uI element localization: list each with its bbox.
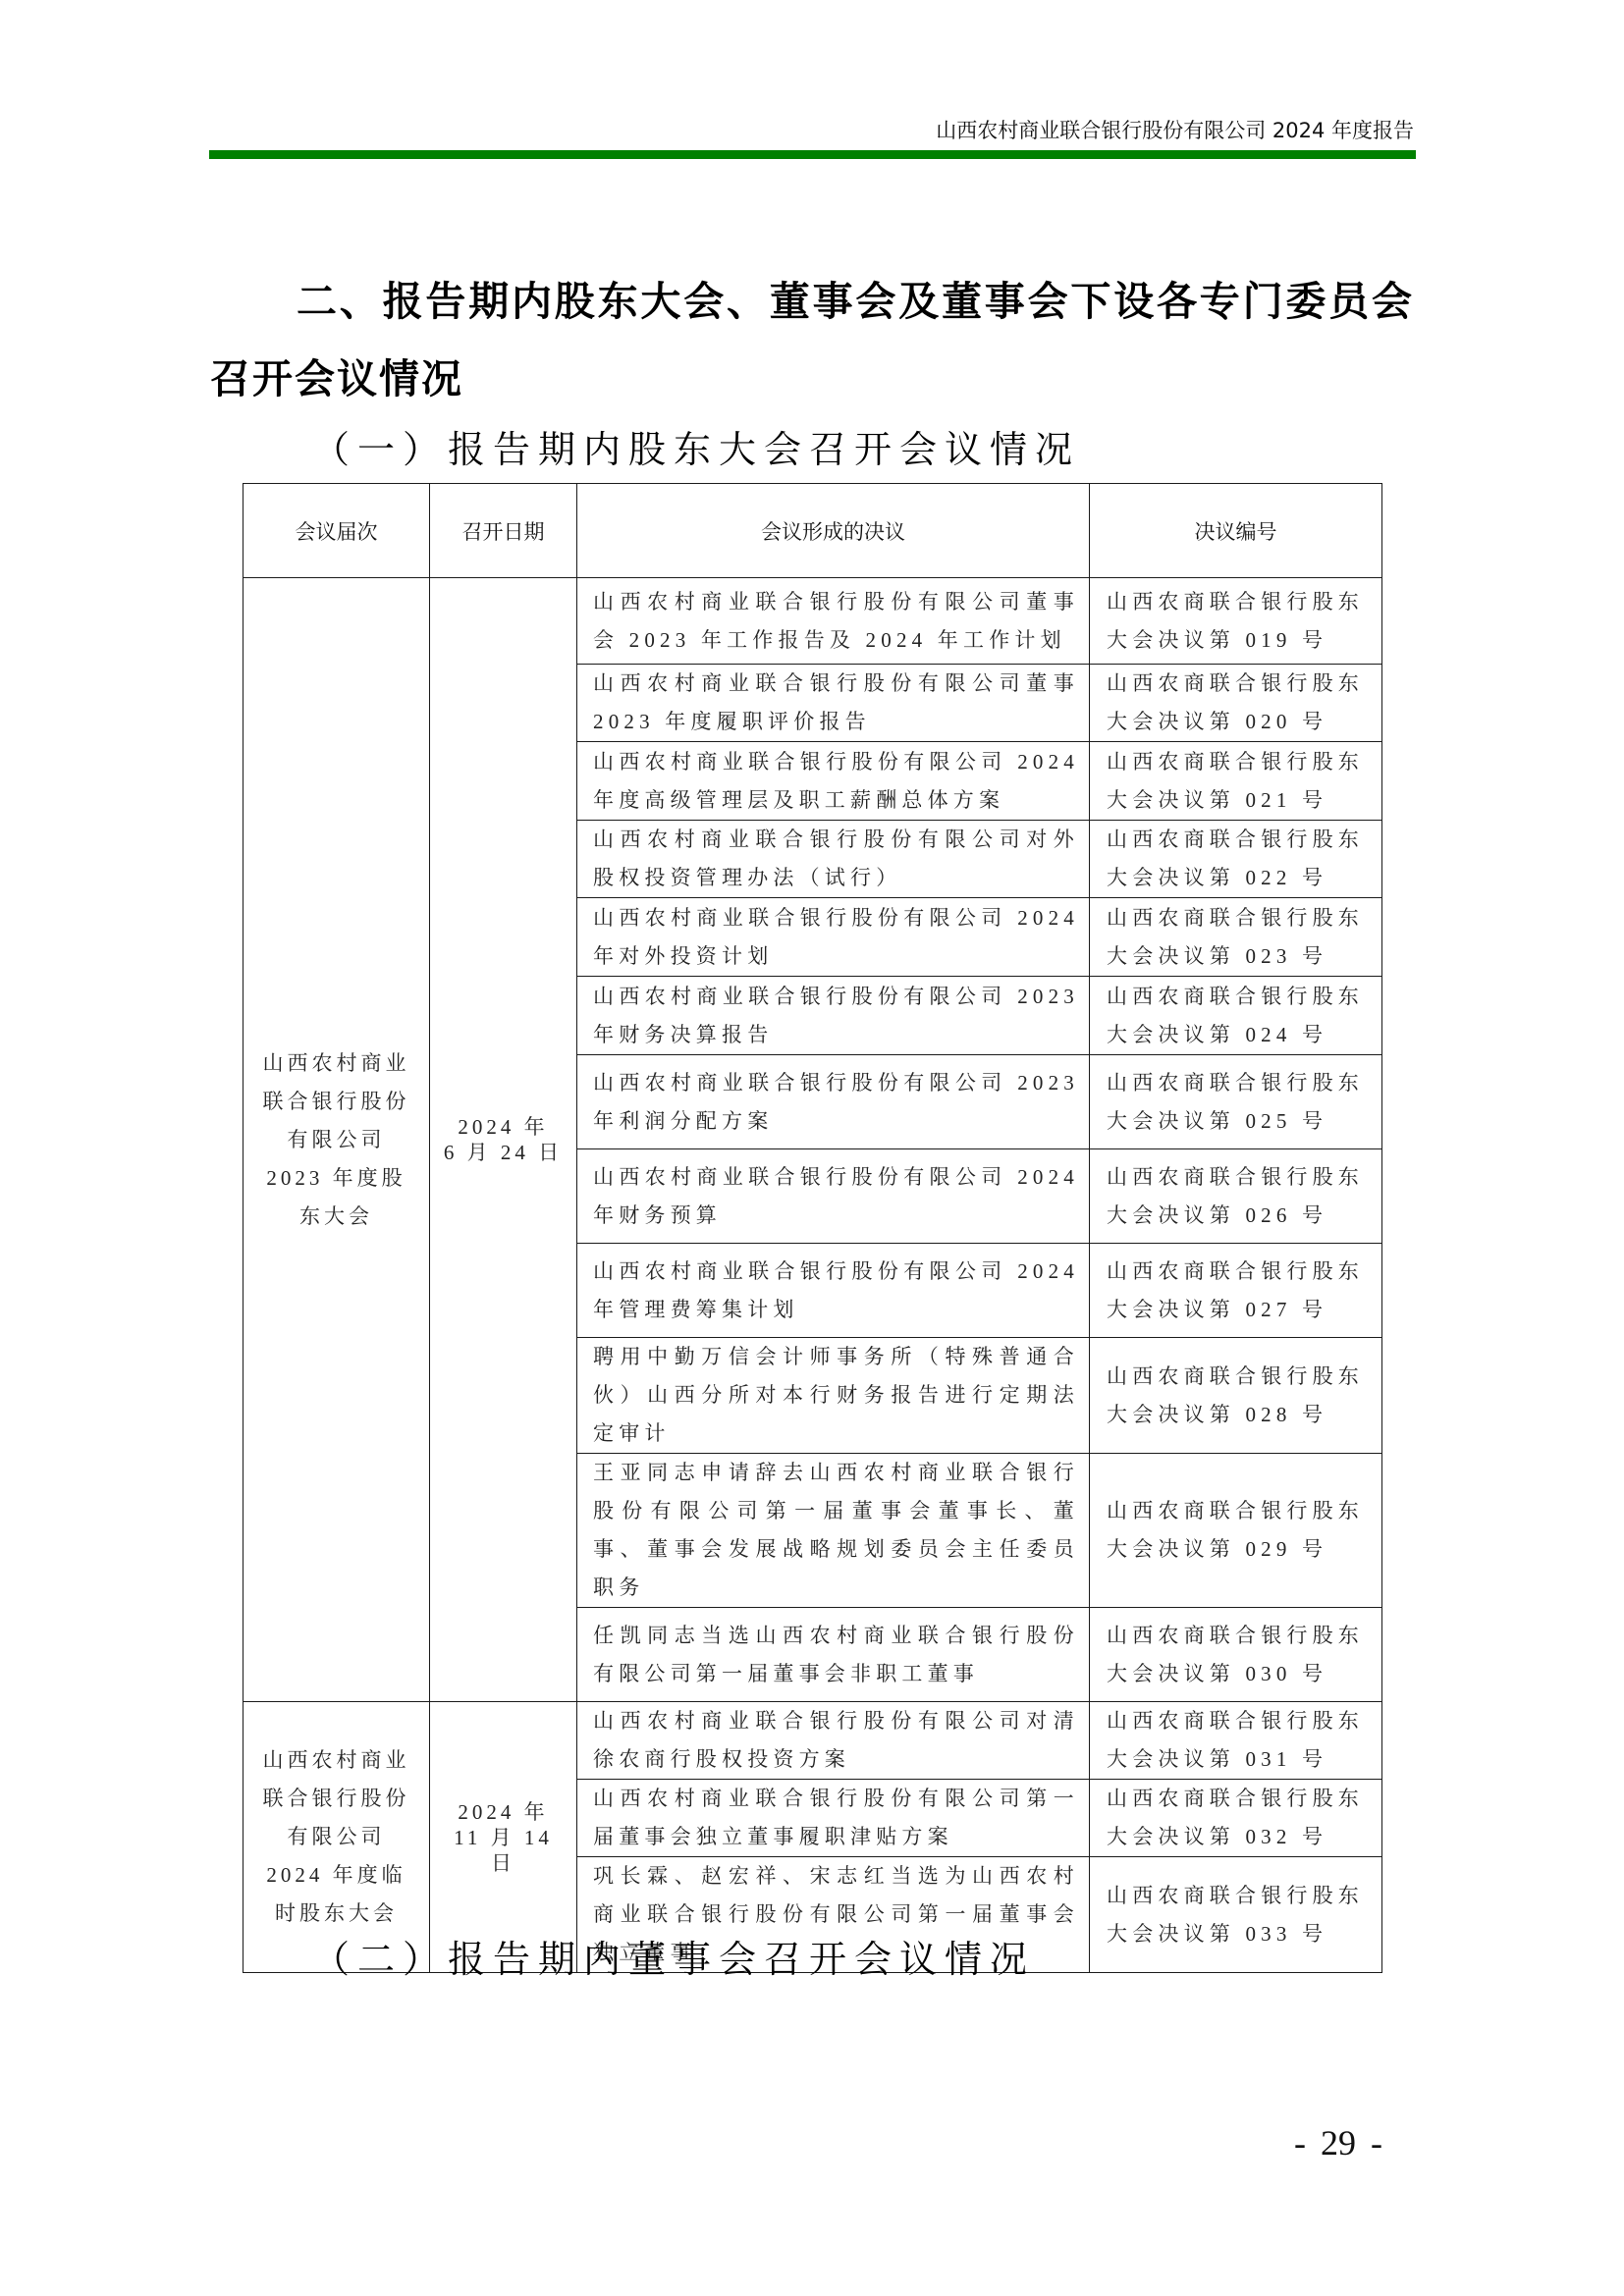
header-divider: [209, 150, 1416, 159]
resolution-cell: 任凯同志当选山西农村商业联合银行股份有限公司第一届董事会非职工董事: [577, 1608, 1090, 1702]
resolution-number-cell: 山西农商联合银行股东大会决议第 024 号: [1090, 977, 1382, 1055]
resolution-cell: 山西农村商业联合银行股份有限公司对清徐农商行股权投资方案: [577, 1702, 1090, 1780]
resolution-cell: 山西农村商业联合银行股份有限公司第一届董事会独立董事履职津贴方案: [577, 1780, 1090, 1857]
resolution-number-cell: 山西农商联合银行股东大会决议第 020 号: [1090, 665, 1382, 742]
subsection-heading-board: （二）报告期内董事会召开会议情况: [312, 1936, 1035, 1985]
date-cell: 2024 年 6 月 24 日: [430, 578, 577, 1702]
session-cell: 山西农村商业联合银行股份有限公司 2023 年度股东大会: [244, 578, 430, 1702]
resolution-number-cell: 山西农商联合银行股东大会决议第 031 号: [1090, 1702, 1382, 1780]
shareholder-meetings-table: 会议届次 召开日期 会议形成的决议 决议编号 山西农村商业联合银行股份有限公司 …: [243, 483, 1382, 1973]
date-day: 6 月 24 日: [440, 1140, 567, 1165]
resolution-number-cell: 山西农商联合银行股东大会决议第 033 号: [1090, 1857, 1382, 1973]
report-running-header: 山西农村商业联合银行股份有限公司 2024 年度报告: [936, 116, 1414, 145]
date-day: 11 月 14 日: [440, 1825, 567, 1876]
resolution-cell: 山西农村商业联合银行股份有限公司 2024 年管理费筹集计划: [577, 1244, 1090, 1338]
resolution-cell: 山西农村商业联合银行股份有限公司 2024 年对外投资计划: [577, 898, 1090, 977]
date-year: 2024 年: [440, 1114, 567, 1140]
table-header-row: 会议届次 召开日期 会议形成的决议 决议编号: [244, 484, 1382, 578]
resolution-cell: 山西农村商业联合银行股份有限公司董事会 2023 年工作报告及 2024 年工作…: [577, 578, 1090, 665]
section-heading: 二、报告期内股东大会、董事会及董事会下设各专门委员会召开会议情况: [210, 263, 1414, 418]
column-header-date: 召开日期: [430, 484, 577, 578]
table-row: 山西农村商业联合银行股份有限公司 2023 年度股东大会 2024 年 6 月 …: [244, 578, 1382, 665]
resolution-cell: 山西农村商业联合银行股份有限公司 2024 年度高级管理层及职工薪酬总体方案: [577, 742, 1090, 821]
subsection-heading-shareholders: （一）报告期内股东大会召开会议情况: [312, 426, 1080, 475]
resolution-number-cell: 山西农商联合银行股东大会决议第 030 号: [1090, 1608, 1382, 1702]
resolution-cell: 山西农村商业联合银行股份有限公司董事 2023 年度履职评价报告: [577, 665, 1090, 742]
resolution-number-cell: 山西农商联合银行股东大会决议第 022 号: [1090, 821, 1382, 898]
date-year: 2024 年: [440, 1799, 567, 1825]
resolution-cell: 山西农村商业联合银行股份有限公司 2024 年财务预算: [577, 1149, 1090, 1244]
resolution-number-cell: 山西农商联合银行股东大会决议第 028 号: [1090, 1338, 1382, 1454]
resolution-number-cell: 山西农商联合银行股东大会决议第 029 号: [1090, 1454, 1382, 1608]
date-cell: 2024 年 11 月 14 日: [430, 1702, 577, 1973]
resolution-number-cell: 山西农商联合银行股东大会决议第 023 号: [1090, 898, 1382, 977]
page-number: - 29 -: [1294, 2120, 1382, 2165]
column-header-number: 决议编号: [1090, 484, 1382, 578]
resolution-cell: 王亚同志申请辞去山西农村商业联合银行股份有限公司第一届董事会董事长、董事、董事会…: [577, 1454, 1090, 1608]
session-cell: 山西农村商业联合银行股份有限公司 2024 年度临时股东大会: [244, 1702, 430, 1973]
resolution-number-cell: 山西农商联合银行股东大会决议第 032 号: [1090, 1780, 1382, 1857]
column-header-resolution: 会议形成的决议: [577, 484, 1090, 578]
resolution-number-cell: 山西农商联合银行股东大会决议第 025 号: [1090, 1055, 1382, 1149]
resolution-number-cell: 山西农商联合银行股东大会决议第 021 号: [1090, 742, 1382, 821]
resolution-number-cell: 山西农商联合银行股东大会决议第 019 号: [1090, 578, 1382, 665]
table-row: 山西农村商业联合银行股份有限公司 2024 年度临时股东大会 2024 年 11…: [244, 1702, 1382, 1780]
resolution-cell: 山西农村商业联合银行股份有限公司对外股权投资管理办法（试行）: [577, 821, 1090, 898]
resolution-cell: 山西农村商业联合银行股份有限公司 2023 年利润分配方案: [577, 1055, 1090, 1149]
column-header-session: 会议届次: [244, 484, 430, 578]
resolution-number-cell: 山西农商联合银行股东大会决议第 027 号: [1090, 1244, 1382, 1338]
resolution-number-cell: 山西农商联合银行股东大会决议第 026 号: [1090, 1149, 1382, 1244]
resolution-cell: 聘用中勤万信会计师事务所（特殊普通合伙）山西分所对本行财务报告进行定期法定审计: [577, 1338, 1090, 1454]
resolution-cell: 山西农村商业联合银行股份有限公司 2023 年财务决算报告: [577, 977, 1090, 1055]
